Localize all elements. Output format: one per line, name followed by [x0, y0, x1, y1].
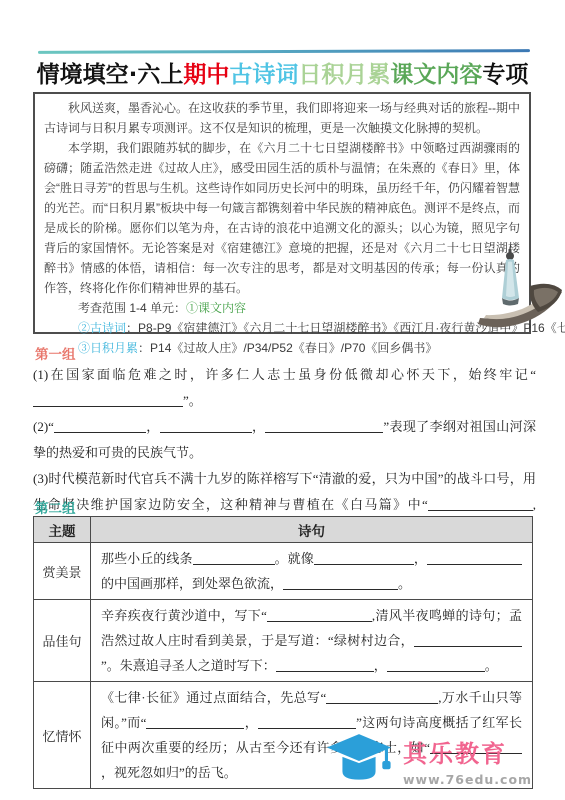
scope-line-2: ②古诗词：P8-P9《宿建德江》《六月二十七日望湖楼醉书》《西江月·夜行黄沙道中…: [44, 318, 520, 338]
scope-item-text-content: ①课文内容: [186, 301, 246, 315]
intro-paragraph-2: 本学期，我们跟随苏轼的脚步，在《六月二十七日望湖楼醉书》中领略过西湖骤雨的磅礴；…: [44, 138, 520, 298]
question-2-sep2: ，: [252, 419, 266, 434]
brand-site-url: www.76edu.com: [403, 772, 532, 787]
title-seg-accumulation: 日积月累: [298, 62, 390, 88]
blank-line: [267, 608, 372, 622]
blank-line: [193, 551, 275, 565]
row3-theme: 忆情怀: [34, 682, 91, 789]
row3-text: ，视死忽如归”的岳飞。: [101, 765, 237, 780]
intro-box: 秋风送爽，墨香沁心。在这收获的季节里，我们即将迎来一场与经典对话的旅程--期中古…: [33, 92, 531, 334]
blank-line: [427, 551, 522, 565]
brand-watermark: 其乐教育 www.76edu.com: [321, 730, 551, 792]
blank-line: [428, 497, 533, 511]
title-seg-textcontent: 课文内容: [390, 62, 482, 88]
blank-line: [265, 419, 383, 433]
brand-name: 其乐教育: [403, 734, 532, 769]
question-1: (1)在国家面临危难之时，许多仁人志士虽身份低微却心怀天下，始终牢记“”。: [33, 362, 536, 414]
table-row: 赏美景 那些小丘的线条。就像，的中国画那样，到处翠色欲流，。: [34, 543, 533, 600]
row1-theme: 赏美景: [34, 543, 91, 600]
scope-item-accum-label: ③日积月累: [78, 341, 138, 355]
row2-text: ”。朱熹追寻圣人之道时写下：: [101, 658, 276, 673]
blank-line: [314, 551, 414, 565]
row1-text: 。就像: [275, 551, 314, 566]
blank-line: [276, 658, 374, 672]
intro-paragraph-1: 秋风送爽，墨香沁心。在这收获的季节里，我们即将迎来一场与经典对话的旅程--期中古…: [44, 98, 520, 138]
row2-theme: 品佳句: [34, 600, 91, 682]
question-2-sep1: ，: [146, 419, 160, 434]
blank-line: [33, 393, 183, 407]
scope-item-accum-text: ：P14《过故人庄》/P34/P52《春日》/P70《回乡偶书》: [138, 341, 437, 355]
brand-text-block: 其乐教育 www.76edu.com: [403, 734, 532, 787]
scope-line-3: ③日积月累：P14《过故人庄》/P34/P52《春日》/P70《回乡偶书》: [44, 338, 520, 358]
row1-text: 那些小丘的线条: [101, 551, 193, 566]
title-seg-special: 专项: [482, 62, 528, 88]
title-seg-midterm: 期中: [183, 62, 229, 88]
blank-line: [326, 690, 438, 704]
table-row: 品佳句 辛弃疾夜行黄沙道中，写下“,清风半夜鸣蝉的诗句；孟浩然过故人庄时看到美景…: [34, 600, 533, 682]
blank-line: [160, 419, 252, 433]
question-2: (2)“，，”表现了李纲对祖国山河深挚的热爱和可贵的民族气节。: [33, 414, 536, 466]
table-header-row: 主题 诗句: [34, 517, 533, 543]
blank-line: [414, 633, 522, 647]
row2-text: ，: [374, 658, 387, 673]
ink-figure-on-boat-illustration: [472, 246, 565, 338]
blank-line: [258, 715, 356, 729]
question-1-text: (1)在国家面临危难之时，许多仁人志士虽身份低微却心怀天下，始终牢记“: [33, 367, 536, 382]
page-title: 情境填空·六上期中古诗词日积月累课文内容专项: [0, 56, 565, 89]
header-theme: 主题: [34, 517, 91, 543]
scope-item-poems-label: ②古诗词: [78, 321, 126, 335]
row2-text: 辛弃疾夜行黄沙道中，写下“: [101, 608, 267, 623]
question-2-text: (2)“: [33, 419, 54, 434]
group2-label: 第二组: [35, 497, 76, 517]
blank-line: [283, 576, 398, 590]
worksheet-page: 情境填空·六上期中古诗词日积月累课文内容专项 秋风送爽，墨香沁心。在这收获的季节…: [0, 0, 565, 800]
scope-line-1: 考查范围 1-4 单元：①课文内容: [44, 298, 520, 318]
group1-label: 第一组: [35, 343, 76, 363]
blank-line: [146, 715, 244, 729]
blank-line: [54, 419, 146, 433]
row1-text: 。: [398, 576, 411, 591]
top-divider-rule: [38, 49, 530, 54]
header-verse: 诗句: [91, 517, 533, 543]
row2-verse: 辛弃疾夜行黄沙道中，写下“,清风半夜鸣蝉的诗句；孟浩然过故人庄时看到美景，于是写…: [91, 600, 533, 682]
row1-text: 的中国画那样，到处翠色欲流，: [101, 576, 283, 591]
row2-text: 。: [485, 658, 498, 673]
title-seg-poems: 古诗词: [229, 62, 298, 88]
row1-verse: 那些小丘的线条。就像，的中国画那样，到处翠色欲流，。: [91, 543, 533, 600]
title-seg-context: 情境填空·六上: [37, 62, 184, 88]
scope-prefix: 考查范围 1-4 单元：: [78, 301, 186, 315]
row3-text: ，: [244, 715, 258, 730]
question-1-tail: ”。: [183, 393, 202, 408]
row3-text: 《七律·长征》通过点面结合，先总写“: [101, 690, 326, 705]
graduation-cap-icon: [321, 732, 397, 790]
row1-text: ，: [414, 551, 427, 566]
question-3-sep: ,: [533, 497, 536, 512]
blank-line: [387, 658, 485, 672]
